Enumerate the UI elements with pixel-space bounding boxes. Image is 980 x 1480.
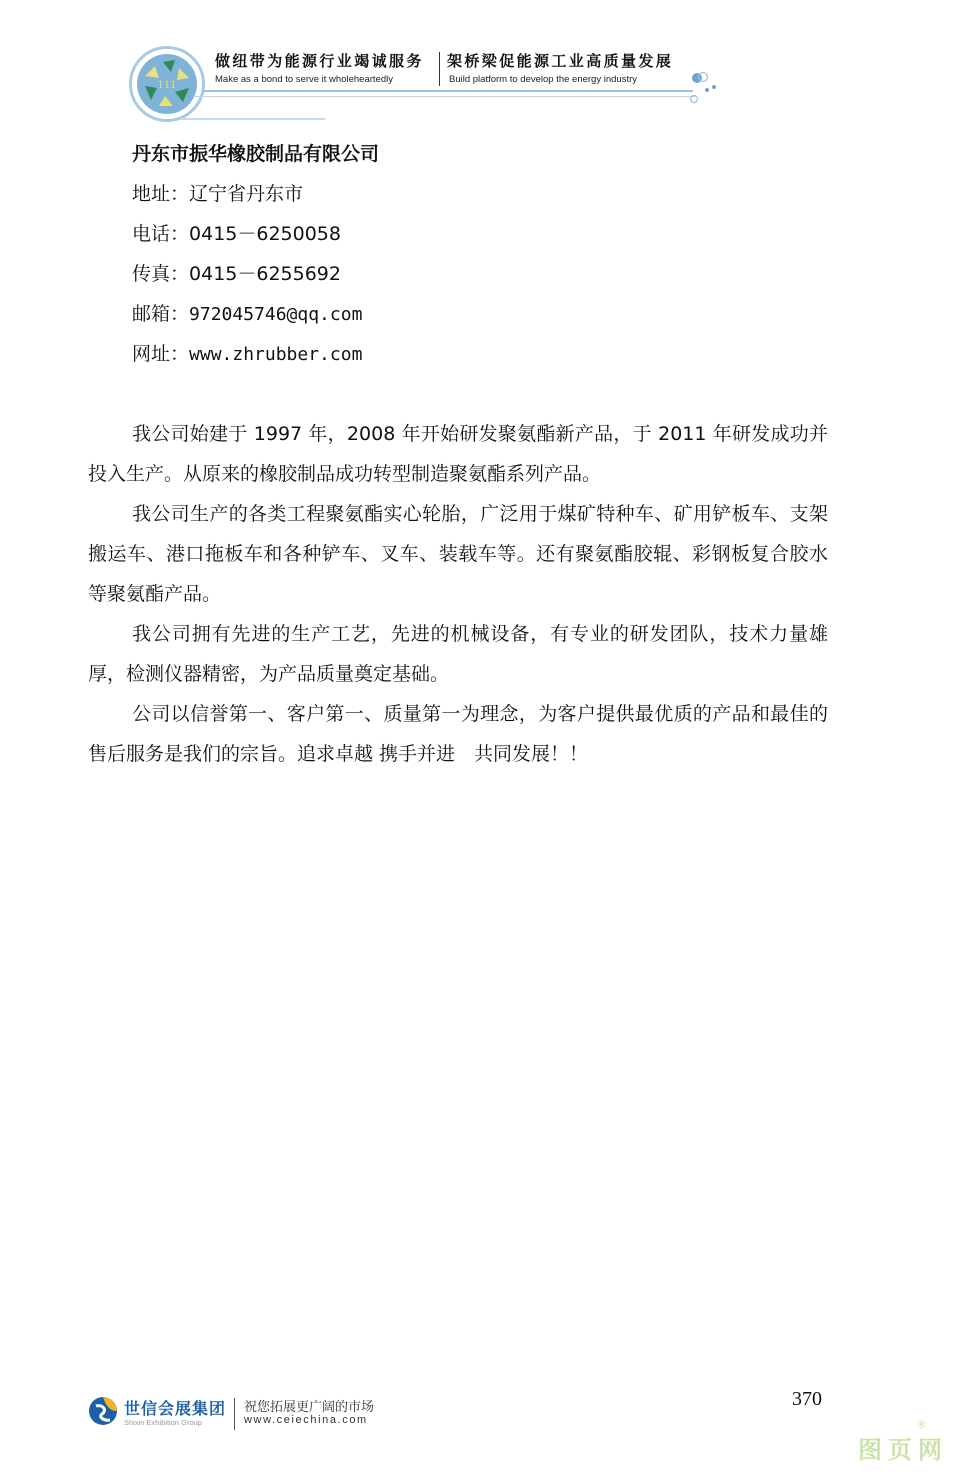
bubble-dots-icon [687,70,721,106]
header-banner: 111 做纽带为能源行业竭诚服务 Make as a bond to serve… [125,42,725,122]
header-rule-short [180,118,325,120]
paragraph-history: 我公司始建于 1997 年，2008 年开始研发聚氨酯新产品，于 2011 年研… [88,414,828,494]
footer-tagline: 祝您拓展更广阔的市场 [244,1396,374,1415]
phone-label: 电话： [132,223,189,245]
website-label: 网址： [132,343,189,365]
svg-text:111: 111 [157,80,176,91]
watermark-text: 图页网 [858,1436,948,1464]
phone-value: 0415－6250058 [189,223,341,245]
address-label: 地址： [132,183,189,205]
pinwheel-logo-icon: 111 [137,54,197,114]
fax-label: 传真： [132,263,189,285]
paragraph-philosophy: 公司以信誉第一、客户第一、质量第一为理念，为客户提供最优质的产品和最佳的售后服务… [88,694,828,774]
phone-row: 电话：0415－6250058 [132,220,379,260]
footer-url: www.ceiechina.com [244,1414,368,1426]
paragraph-products: 我公司生产的各类工程聚氨酯实心轮胎，广泛用于煤矿特种车、矿用铲板车、支架搬运车、… [88,494,828,614]
header-rule-thin [195,96,695,97]
group-name-cn: 世信会展集团 [124,1396,226,1419]
address-value: 辽宁省丹东市 [189,183,303,205]
paragraph-capabilities: 我公司拥有先进的生产工艺，先进的机械设备，有专业的研发团队，技术力量雄厚，检测仪… [88,614,828,694]
slogan-cn-right: 架桥梁促能源工业高质量发展 [447,50,673,71]
contact-block: 丹东市振华橡胶制品有限公司 地址：辽宁省丹东市 电话：0415－6250058 … [132,140,379,380]
slogan-en-left: Make as a bond to serve it wholeheartedl… [215,74,393,85]
email-label: 邮箱： [132,303,189,325]
fax-value: 0415－6255692 [189,263,341,285]
header-rule [203,90,693,92]
fax-row: 传真：0415－6255692 [132,260,379,300]
slogan-en-right: Build platform to develop the energy ind… [449,74,637,85]
footer-separator [234,1398,235,1430]
slogan-separator [439,52,440,86]
watermark: 图页网 ® [858,1430,948,1465]
website-value: www.zhrubber.com [189,344,362,365]
page-number: 370 [792,1388,822,1411]
email-row: 邮箱：972045746@qq.com [132,300,379,340]
website-row: 网址：www.zhrubber.com [132,340,379,380]
company-name: 丹东市振华橡胶制品有限公司 [132,140,379,180]
address-row: 地址：辽宁省丹东市 [132,180,379,220]
company-description: 我公司始建于 1997 年，2008 年开始研发聚氨酯新产品，于 2011 年研… [88,414,828,774]
registered-mark-icon: ® [916,1418,933,1431]
email-value: 972045746@qq.com [189,304,362,325]
shixin-logo-icon [88,1396,118,1426]
group-name-en: Shixin Exhibition Group [124,1418,202,1427]
slogan-cn-left: 做纽带为能源行业竭诚服务 [215,50,424,71]
